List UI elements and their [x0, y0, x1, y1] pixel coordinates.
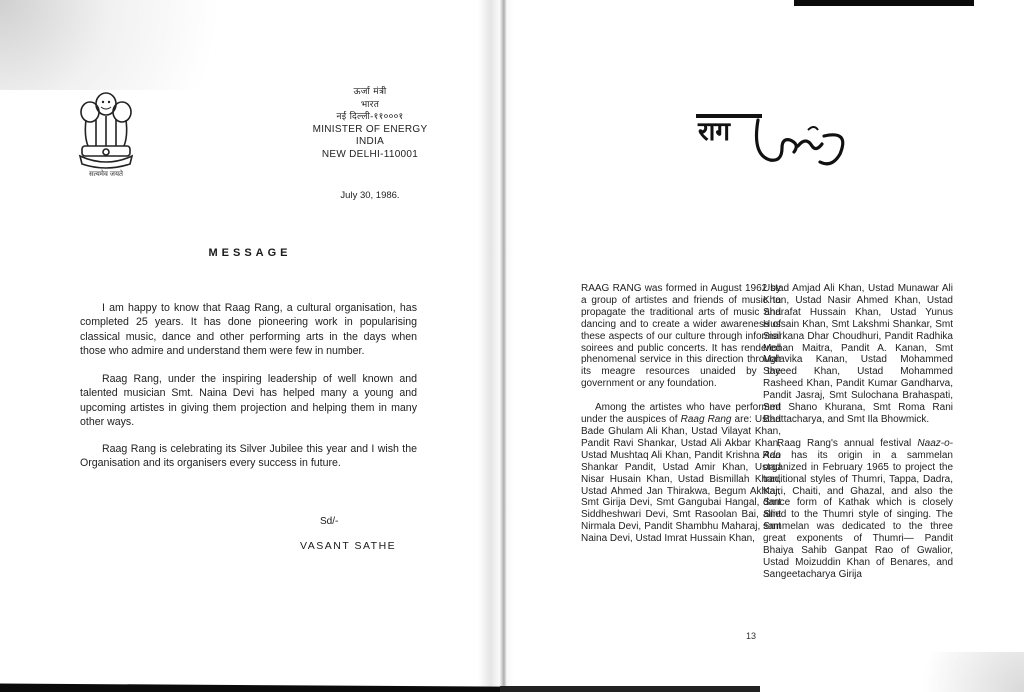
- letterhead-title: MINISTER OF ENERGY: [300, 124, 440, 137]
- article-column-right: Ustad Amjad Ali Khan, Ustad Munawar Ali …: [763, 283, 953, 581]
- letterhead-hindi-city: नई दिल्ली-११०००१: [300, 111, 440, 124]
- raag-rang-logo: राग: [690, 100, 860, 170]
- scan-edge-bottom-shadow: [500, 686, 760, 692]
- letterhead-hindi-title: ऊर्जा मंत्री: [300, 86, 440, 99]
- letterhead-hindi-country: भारत: [300, 99, 440, 112]
- letter-date: July 30, 1986.: [300, 190, 440, 201]
- svg-text:राग: राग: [697, 117, 731, 147]
- scan-noise-top-left: [0, 0, 300, 90]
- national-emblem: सत्यमेव जयते: [72, 86, 140, 182]
- festival-paragraph: Raag Rang's annual festival Naaz-o-Ada h…: [763, 438, 953, 581]
- festival-paragraph-start: Raag Rang's annual festival: [777, 438, 917, 449]
- history-paragraph: RAAG RANG was formed in August 1962 by a…: [581, 283, 781, 390]
- article-column-left: RAAG RANG was formed in August 1962 by a…: [581, 283, 781, 545]
- letterhead: ऊर्जा मंत्री भारत नई दिल्ली-११०००१ MINIS…: [300, 86, 440, 161]
- scan-edge-top: [794, 0, 974, 6]
- letterhead-country: INDIA: [300, 136, 440, 149]
- lion-capital-emblem-icon: [72, 86, 140, 172]
- artistes-paragraph: Among the artistes who have performed un…: [581, 402, 781, 545]
- letterhead-city: NEW DELHI-110001: [300, 149, 440, 162]
- emblem-motto: सत्यमेव जयते: [72, 170, 140, 179]
- message-paragraph-2: Raag Rang, under the inspiring leadershi…: [80, 372, 417, 430]
- signatory-name: VASANT SATHE: [300, 540, 420, 552]
- signature-note: Sd/-: [320, 516, 360, 527]
- page-number: 13: [746, 631, 756, 641]
- scan-noise-bottom-right: [884, 652, 1024, 692]
- raag-rang-calligraphy-logo-icon: राग: [690, 100, 860, 170]
- message-paragraph-1: I am happy to know that Raag Rang, a cul…: [80, 301, 417, 359]
- message-heading: MESSAGE: [150, 247, 350, 259]
- book-spine-shadow: [478, 0, 514, 692]
- festival-description: has its origin in a sammelan organized i…: [763, 450, 953, 580]
- artistes-list-continued: Ustad Amjad Ali Khan, Ustad Munawar Ali …: [763, 283, 953, 426]
- organisation-name-italic: Raag Rang: [681, 414, 732, 425]
- message-paragraph-3: Raag Rang is celebrating its Silver Jubi…: [80, 442, 417, 471]
- artistes-list: are: Ustad Bade Ghulam Ali Khan, Ustad V…: [581, 414, 781, 544]
- scanned-book-spread: सत्यमेव जयते ऊर्जा मंत्री भारत नई दिल्ली…: [0, 0, 1024, 692]
